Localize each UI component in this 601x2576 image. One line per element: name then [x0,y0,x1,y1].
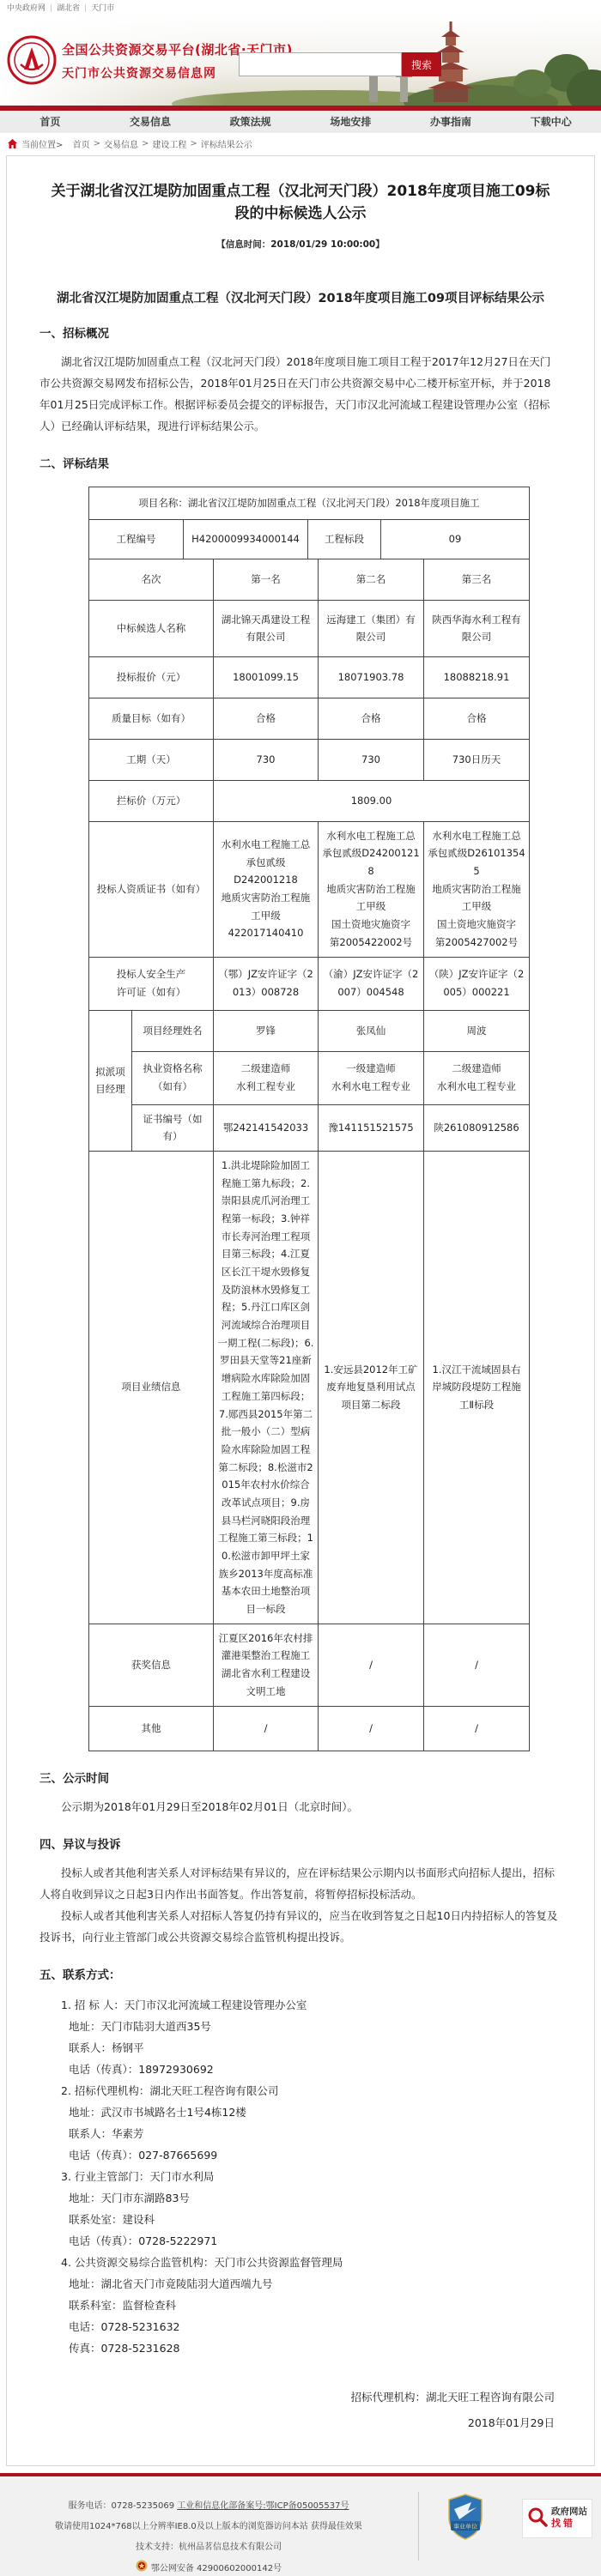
cell-pm-cert-1: 鄂242141542033 [214,1104,319,1151]
home-icon [8,139,17,148]
gov-badge-line1: 政府网站 [551,2506,587,2519]
cell-rank-label: 名次 [89,559,214,600]
cell-license-1: （鄂）JZ安许证字（2013）008728 [214,957,319,1010]
footer-line-tech-support: 技术支持：杭州品茗信息技术有限公司 [0,2539,417,2552]
cell-qualification-3: 水利水电工程施工总承包贰级D261013545 地质灾害防治工程施工甲级 国土资… [424,821,530,957]
contact-list: 1. 招 标 人：天门市汉北河流域工程建设管理办公室 地址：天门市陆羽大道西35… [7,1994,594,2359]
cell-price-1: 18001099.15 [214,656,319,698]
contact-line: 地址：天门市陆羽大道西35号 [7,2016,594,2037]
cell-performance-2: 1.安远县2012年工矿废弃地复垦利用试点项目第二标段 [319,1151,424,1624]
contact-line: 电话：0728-5231632 [7,2316,594,2337]
breadcrumb-prefix: 当前位置> [21,137,63,150]
cell-award-2: / [319,1624,424,1706]
breadcrumb: 当前位置> 首页 > 交易信息 > 建设工程 > 评标结果公示 [0,133,601,154]
article-content: 关于湖北省汉江堤防加固重点工程（汉北河天门段）2018年度项目施工09标段的中标… [6,155,595,2466]
contact-line: 4. 公共资源交易综合监管机构：天门市公共资源监督管理局 [7,2252,594,2273]
footer-info: 服务电话：0728-5235069 工业和信息化部备案号:鄂ICP备050055… [0,2490,417,2574]
cell-pm-cert-2: 豫141151521575 [319,1104,424,1151]
contact-line: 地址：天门市东湖路83号 [7,2187,594,2209]
page-footer: 服务电话：0728-5235069 工业和信息化部备案号:鄂ICP备050055… [0,2473,601,2576]
cell-pm-qual-3: 二级建造师 水利水电工程专业 [424,1051,530,1104]
contact-line: 地址：武汉市书城路名士1号4栋12楼 [7,2101,594,2123]
cell-pm-name-2: 张凤仙 [319,1010,424,1051]
section-paragraph-4b: 投标人或者其他利害关系人对招标人答复仍持有异议的，应当在收到答复之日起10日内持… [39,1905,560,1948]
signature-date: 2018年01月29日 [7,2410,555,2436]
footer-line-service: 服务电话：0728-5235069 工业和信息化部备案号:鄂ICP备050055… [0,2498,417,2511]
cell-cap-price-label: 拦标价（万元） [89,780,214,821]
site-logo [7,35,57,85]
cell-pm-cert-label: 证书编号（如有） [132,1104,214,1151]
signature-org: 招标代理机构：湖北天旺工程咨询有限公司 [7,2385,555,2410]
cell-rank-2: 第二名 [319,559,424,600]
search-input[interactable] [239,52,402,76]
contact-line: 联系处室：建设科 [7,2209,594,2230]
cell-rank-3: 第三名 [424,559,530,600]
section-heading-5: 五、联系方式： [39,1965,594,1982]
top-link-separator: | [50,4,52,13]
police-record-number: 鄂公网安备 42900602000142号 [151,2561,282,2573]
cell-pm-cert-3: 陕261080912586 [424,1104,530,1151]
contact-line: 电话（传真）：18972930692 [7,2059,594,2080]
article-subtitle: 湖北省汉江堤防加固重点工程（汉北河天门段）2018年度项目施工09项目评标结果公… [7,288,594,306]
contact-line: 2. 招标代理机构：湖北天旺工程咨询有限公司 [7,2080,594,2101]
gov-badge-line2: 找错 [551,2518,587,2530]
cell-other-2: / [319,1706,424,1751]
cell-other-label: 其他 [89,1706,214,1751]
contact-line: 地址：湖北省天门市竟陵陆羽大道西端九号 [7,2273,594,2295]
cell-license-3: （陕）JZ安许证字（2005）000221 [424,957,530,1010]
cell-quality-2: 合格 [319,698,424,739]
cell-pm-name-1: 罗锋 [214,1010,319,1051]
cell-section-no: 09 [381,519,530,559]
cell-quality-3: 合格 [424,698,530,739]
cell-award-3: / [424,1624,530,1706]
search-button[interactable]: 搜索 [402,52,441,76]
cell-candidate-2: 远海建工（集团）有限公司 [319,600,424,656]
breadcrumb-link-home[interactable]: 首页 [73,137,90,150]
magnifier-icon [526,2506,549,2531]
top-link-separator: | [84,4,87,13]
cell-pm-qual-label: 执业资格名称 （如有） [132,1051,214,1104]
contact-line: 电话（传真）：027-87665699 [7,2144,594,2166]
cell-performance-1: 1.洪北堤除险加固工程施工第九标段；2.崇阳县虎爪河治理工程第一标段；3.钟祥市… [214,1151,319,1624]
cell-duration-2: 730 [319,739,424,780]
cell-duration-label: 工期（天） [89,739,214,780]
cell-candidate-label: 中标候选人名称 [89,600,214,656]
cell-price-2: 18071903.78 [319,656,424,698]
nav-item-venue[interactable]: 场地安排 [300,111,401,133]
result-table: 项目名称：湖北省汉江堤防加固重点工程（汉北河天门段）2018年度项目施工 工程编… [88,487,529,1751]
section-paragraph-4a: 投标人或者其他利害关系人对评标结果有异议的，应在评标结果公示期内以书面形式向招标… [39,1862,560,1905]
contact-line: 3. 行业主管部门：天门市水利局 [7,2166,594,2187]
section-heading-4: 四、异议与投诉 [39,1835,594,1852]
cell-cap-price: 1809.00 [214,780,530,821]
cell-rank-1: 第一名 [214,559,319,600]
section-paragraph-3: 公示期为2018年01月29日至2018年02月01日（北京时间）。 [39,1796,560,1817]
cell-pm-group-label: 拟派项目经理 [89,1010,132,1151]
cell-qualification-1: 水利水电工程施工总承包贰级 D242001218 地质灾害防治工程施工甲级 42… [214,821,319,957]
main-nav: 首页 交易信息 政策法规 场地安排 办事指南 下载中心 [0,111,601,133]
nav-item-home[interactable]: 首页 [0,111,100,133]
signature-block: 招标代理机构：湖北天旺工程咨询有限公司 2018年01月29日 [7,2385,594,2436]
breadcrumb-separator: > [142,139,149,148]
page: 中央政府网|湖北省|天门市 [0,0,601,2576]
cell-performance-label: 项目业绩信息 [89,1151,214,1624]
page-title: 关于湖北省汉江堤防加固重点工程（汉北河天门段）2018年度项目施工09标段的中标… [7,180,594,226]
section-heading-3: 三、公示时间 [39,1769,594,1786]
gov-site-error-badge[interactable]: 政府网站 找错 [522,2499,592,2538]
cell-license-label: 投标人安全生产 许可证（如有） [89,957,214,1010]
top-link-tianmen[interactable]: 天门市 [91,4,114,13]
top-link-central-gov[interactable]: 中央政府网 [7,4,46,13]
police-badge-icon [136,2560,148,2574]
section-heading-2: 二、评标结果 [39,454,594,471]
cell-section-label: 工程标段 [308,519,381,559]
nav-item-policies[interactable]: 政策法规 [200,111,300,133]
gov-badge-text: 政府网站 找错 [551,2506,587,2531]
public-institution-badge[interactable]: 事业单位 [447,2494,483,2540]
cell-pm-name-label: 项目经理姓名 [132,1010,214,1051]
footer-line-police: 鄂公网安备 42900602000142号 [0,2560,417,2574]
info-time: 【信息时间：2018/01/29 10:00:00】 [7,238,594,251]
cell-price-3: 18088218.91 [424,656,530,698]
breadcrumb-link-trade-info[interactable]: 交易信息 [104,137,138,150]
breadcrumb-separator: > [94,139,100,148]
contact-line: 联系科室：监督检查科 [7,2295,594,2316]
breadcrumb-link-construction[interactable]: 建设工程 [152,137,186,150]
section-heading-1: 一、招标概况 [39,324,594,341]
cell-project-no-label: 工程编号 [89,519,184,559]
shield-badge-text: 事业单位 [453,2522,477,2530]
nav-item-guide[interactable]: 办事指南 [401,111,501,133]
cell-qualification-2: 水利水电工程施工总承包贰级D242001218 地质灾害防治工程施工甲级 国土资… [319,821,424,957]
contact-line: 联系人：杨钢平 [7,2037,594,2059]
header-banner: 全国公共资源交易平台(湖北省·天门市) 天门市公共资源交易信息网 搜索 [0,13,601,106]
cell-pm-qual-2: 一级建造师 水利水电工程专业 [319,1051,424,1104]
cell-qualification-label: 投标人资质证书（如有） [89,821,214,957]
cell-pm-qual-1: 二级建造师 水利工程专业 [214,1051,319,1104]
breadcrumb-separator: > [190,139,197,148]
contact-line: 1. 招 标 人：天门市汉北河流域工程建设管理办公室 [7,1994,594,2016]
cell-quality-label: 质量目标（如有） [89,698,214,739]
footer-line-resolution: 敬请使用1024*768以上分辨率IE8.0及以上版本的浏览器访问本站 获得最佳… [0,2519,417,2531]
cell-duration-3: 730日历天 [424,739,530,780]
footer-divider [418,2492,419,2561]
result-table-head: 项目名称：湖北省汉江堤防加固重点工程（汉北河天门段）2018年度项目施工 [88,487,530,520]
contact-line: 电话（传真）：0728-5222971 [7,2230,594,2252]
result-table-ids: 工程编号 H4200009934000144 工程标段 09 [88,519,530,559]
cell-other-1: / [214,1706,319,1751]
cell-pm-name-3: 周波 [424,1010,530,1051]
cell-candidate-3: 陕西华海水利工程有限公司 [424,600,530,656]
cell-award-label: 获奖信息 [89,1624,214,1706]
cell-price-label: 投标报价（元） [89,656,214,698]
cell-project-no: H4200009934000144 [184,519,308,559]
search-bar: 搜索 [239,52,441,76]
contact-line: 联系人：华素芳 [7,2123,594,2144]
cell-award-1: 江夏区2016年农村排灌港渠整治工程施工 湖北省水利工程建设文明工地 [214,1624,319,1706]
section-paragraph-1: 湖北省汉江堤防加固重点工程（汉北河天门段）2018年度项目施工项目工程于2017… [39,351,560,437]
top-links-bar: 中央政府网|湖北省|天门市 [0,0,601,13]
cell-quality-1: 合格 [214,698,319,739]
cell-license-2: （渝）JZ安许证字（2007）004548 [319,957,424,1010]
cell-duration-1: 730 [214,739,319,780]
top-link-hubei[interactable]: 湖北省 [57,4,80,13]
breadcrumb-link-result[interactable]: 评标结果公示 [201,137,252,150]
result-table-body: 名次 第一名 第二名 第三名 中标候选人名称 湖北锦天禹建设工程有限公司 远海建… [88,559,530,1751]
contact-line: 传真：0728-5231628 [7,2337,594,2359]
cell-candidate-1: 湖北锦天禹建设工程有限公司 [214,600,319,656]
nav-item-trade-info[interactable]: 交易信息 [100,111,201,133]
footer-icp-link[interactable]: 工业和信息化部备案号:鄂ICP备05005537号 [177,2501,349,2511]
cell-project-name: 项目名称：湖北省汉江堤防加固重点工程（汉北河天门段）2018年度项目施工 [89,487,530,519]
nav-item-download[interactable]: 下载中心 [501,111,601,133]
cell-other-3: / [424,1706,530,1751]
cell-performance-3: 1.汉江干流域固县右岸城防段堤防工程施工Ⅱ标段 [424,1151,530,1624]
footer-service-phone: 服务电话：0728-5235069 [68,2501,177,2511]
